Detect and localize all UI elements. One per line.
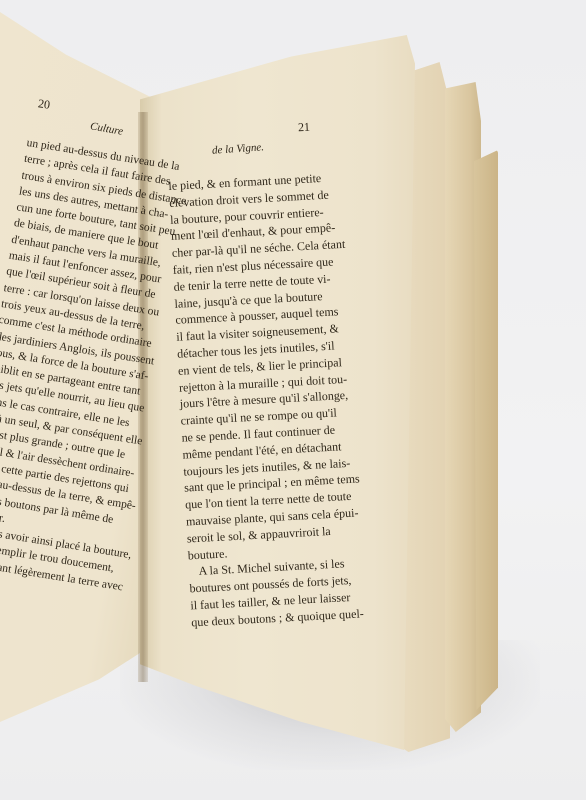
left-page-number: 20 xyxy=(37,96,51,113)
right-page-body: le pied, & en formant une petite élevati… xyxy=(168,170,340,631)
page-edge-stack xyxy=(474,150,498,710)
right-page-number: 21 xyxy=(298,120,311,136)
